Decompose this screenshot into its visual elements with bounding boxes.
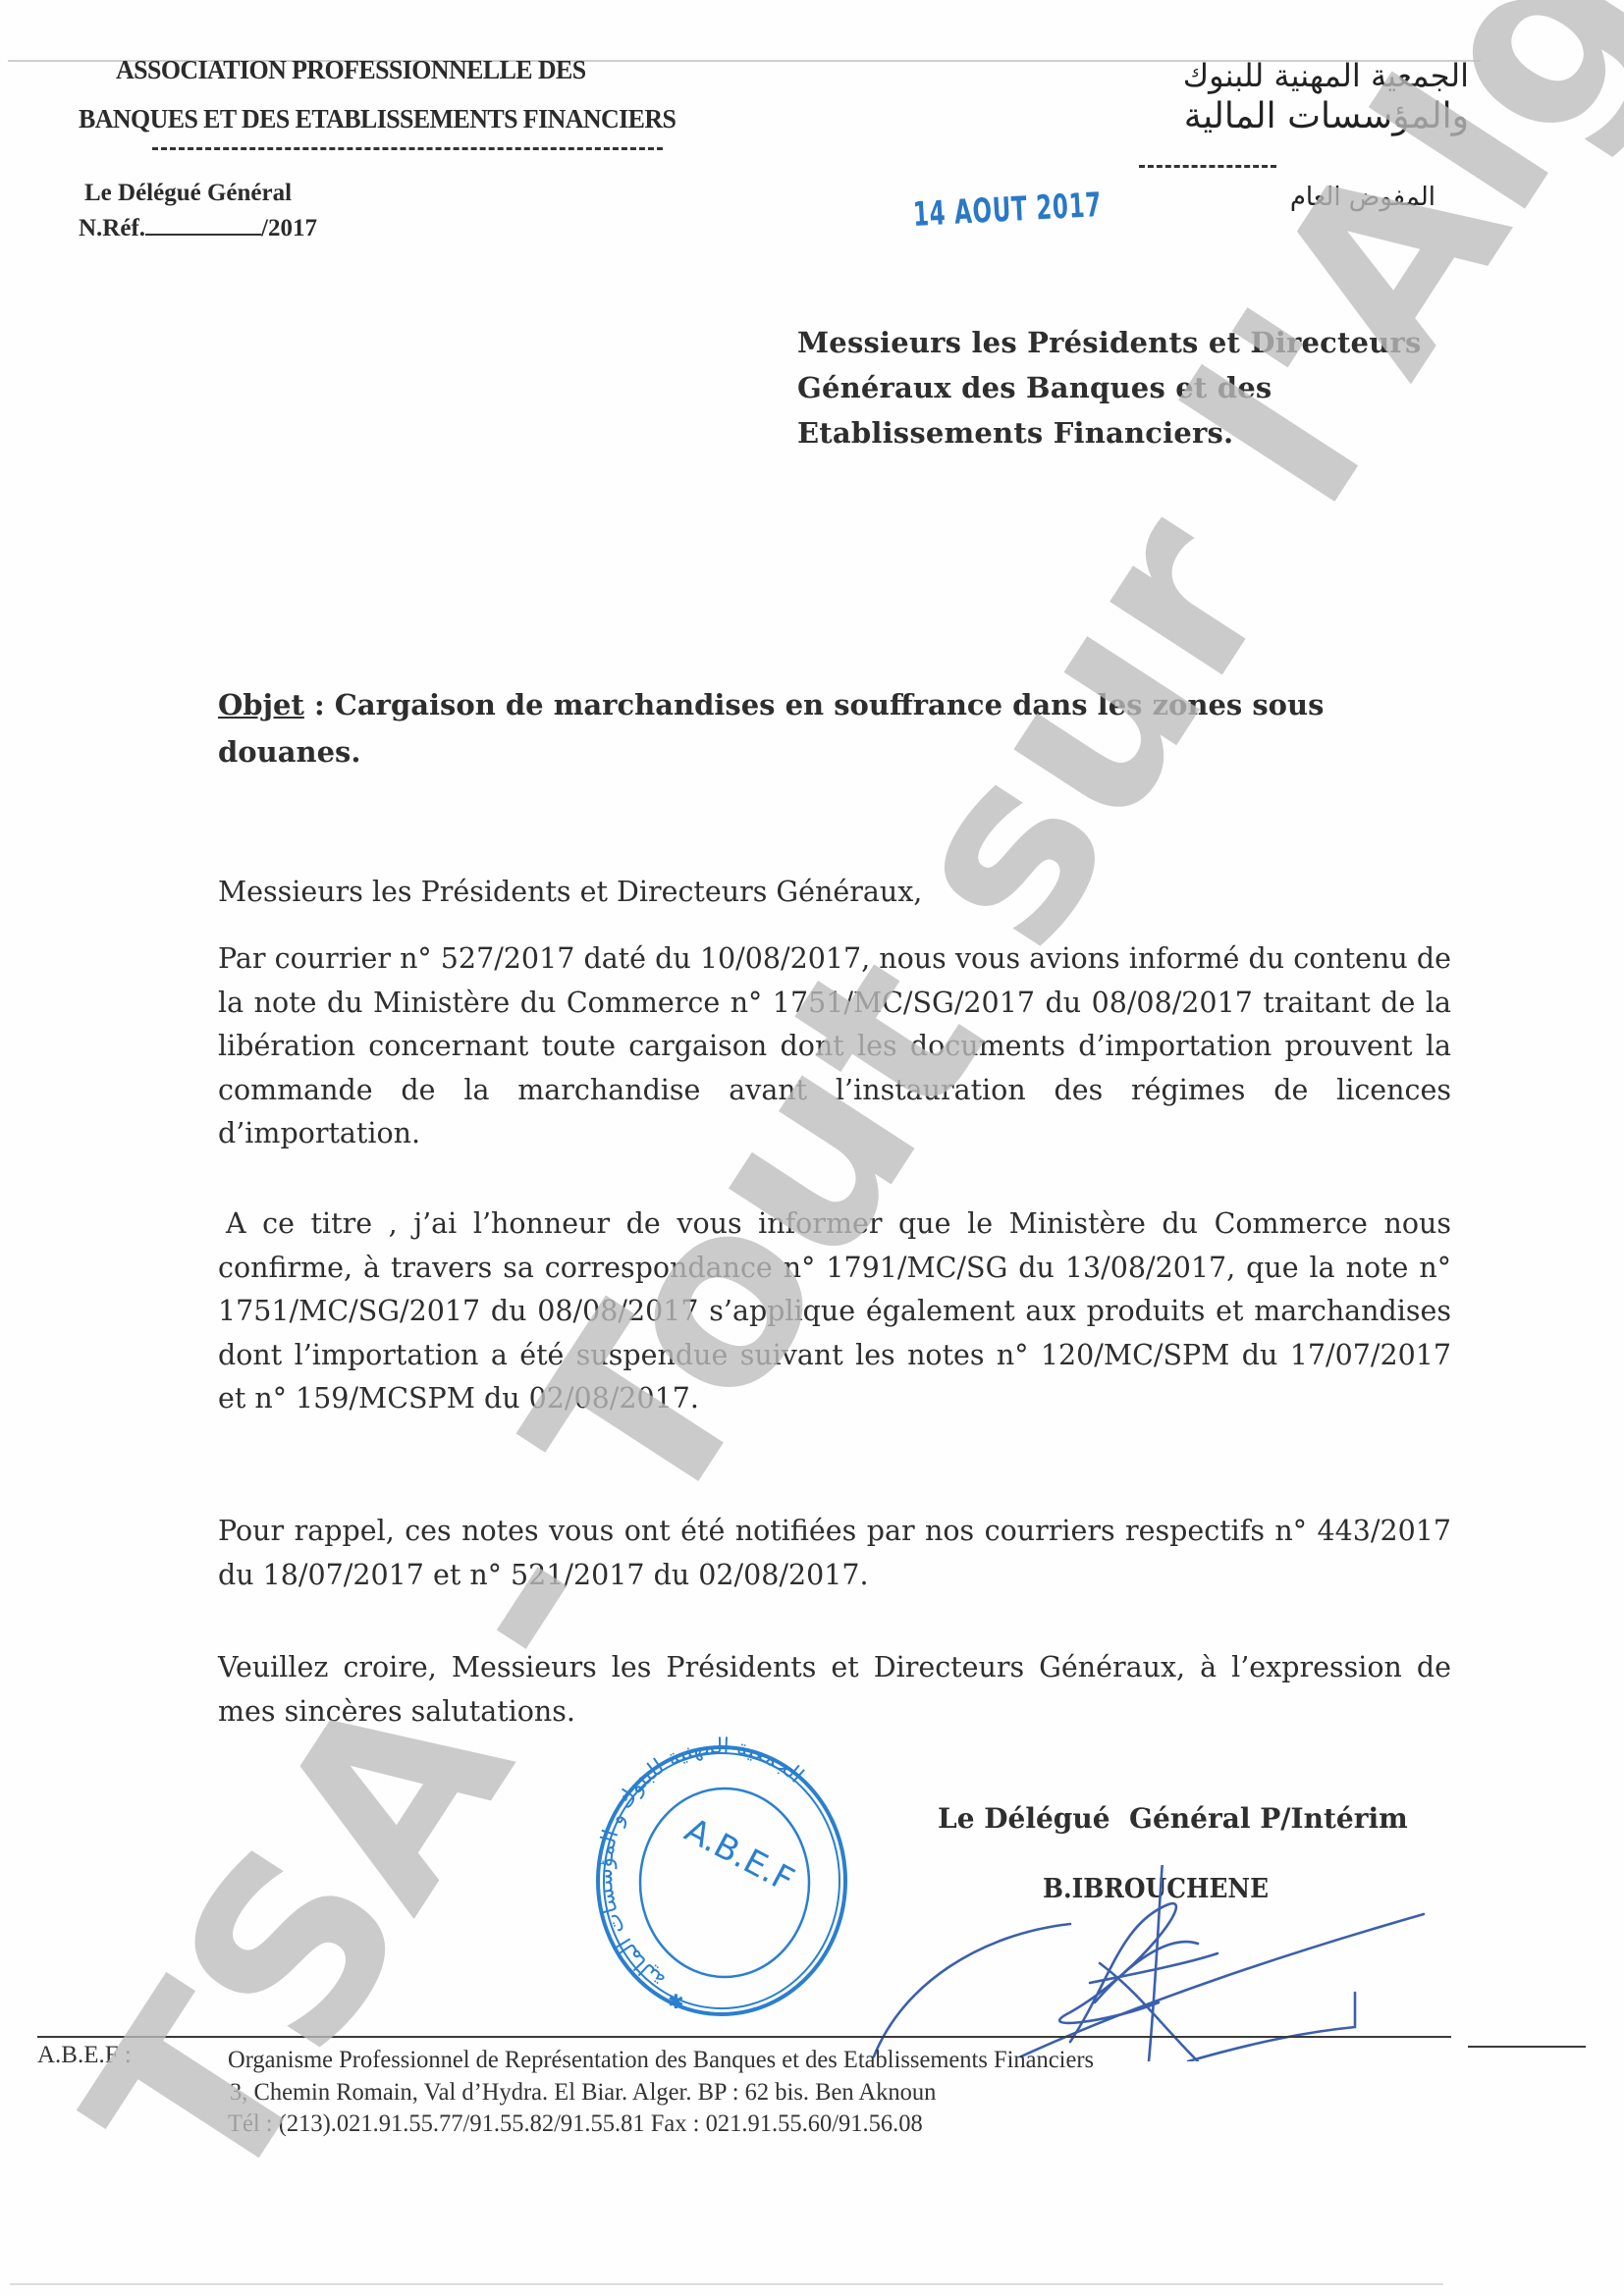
- sender-title: Le Délégué Général: [84, 180, 292, 207]
- subject-label: Objet: [218, 688, 304, 721]
- body-paragraph: Par courrier n° 527/2017 daté du 10/08/2…: [218, 937, 1451, 1156]
- addressee-line: Généraux des Banques et des: [797, 365, 1422, 410]
- scan-edge-bottom: [10, 2283, 1443, 2285]
- seal-star-icon: ✱: [668, 1990, 684, 2013]
- reference-prefix: N.Réf.: [79, 215, 145, 241]
- seal-center-text: A.B.E.F: [678, 1810, 800, 1899]
- footer-divider: [37, 2036, 1451, 2038]
- footer-divider-right: [1468, 2046, 1586, 2048]
- handwritten-signature: [844, 1865, 1551, 2061]
- footer-org-description: Organisme Professionnel de Représentatio…: [228, 2047, 1094, 2074]
- addressee-block: Messieurs les Présidents et Directeurs G…: [797, 320, 1422, 455]
- footer-phone-fax: Tél : (213).021.91.55.77/91.55.82/91.55.…: [228, 2110, 923, 2138]
- sender-title-ar: المفوض العام: [1290, 183, 1435, 212]
- reference-number: N.Réf./2017: [79, 214, 317, 242]
- footer-label: A.B.E.F :: [37, 2042, 132, 2069]
- letterhead-divider-left: [152, 147, 663, 150]
- reference-blank: [145, 214, 261, 236]
- body-paragraph: Pour rappel, ces notes vous ont été noti…: [218, 1510, 1451, 1597]
- org-name-ar-line1: الجمعية المهنية للبنوك: [1183, 57, 1469, 94]
- abef-seal: الجمعية المهنية للبنوك و المؤسسات المالي…: [589, 1735, 854, 2030]
- reference-suffix: /2017: [261, 215, 317, 241]
- closing-paragraph: Veuillez croire, Messieurs les Président…: [218, 1646, 1451, 1734]
- letter-page: ASSOCIATION PROFESSIONNELLE DES BANQUES …: [0, 0, 1624, 2296]
- letterhead-divider-right: [1139, 165, 1276, 168]
- footer-address: 3, Chemin Romain, Val d’Hydra. El Biar. …: [230, 2079, 936, 2107]
- date-stamp: 14 AOUT 2017: [912, 186, 1103, 235]
- subject-text: : Cargaison de marchandises en souffranc…: [218, 688, 1324, 769]
- org-name-fr-line1: ASSOCIATION PROFESSIONNELLE DES: [116, 55, 586, 85]
- addressee-line: Etablissements Financiers.: [797, 410, 1422, 455]
- signatory-title: Le Délégué Général P/Intérim: [938, 1802, 1408, 1835]
- org-name-fr-line2: BANQUES ET DES ETABLISSEMENTS FINANCIERS: [79, 104, 676, 134]
- addressee-line: Messieurs les Présidents et Directeurs: [797, 320, 1422, 365]
- salutation: Messieurs les Présidents et Directeurs G…: [218, 871, 1451, 915]
- org-name-ar-line2: والمؤسسات المالية: [1184, 96, 1469, 136]
- body-paragraph: A ce titre , j’ai l’honneur de vous info…: [218, 1202, 1451, 1421]
- subject-line: Objet : Cargaison de marchandises en sou…: [218, 681, 1416, 775]
